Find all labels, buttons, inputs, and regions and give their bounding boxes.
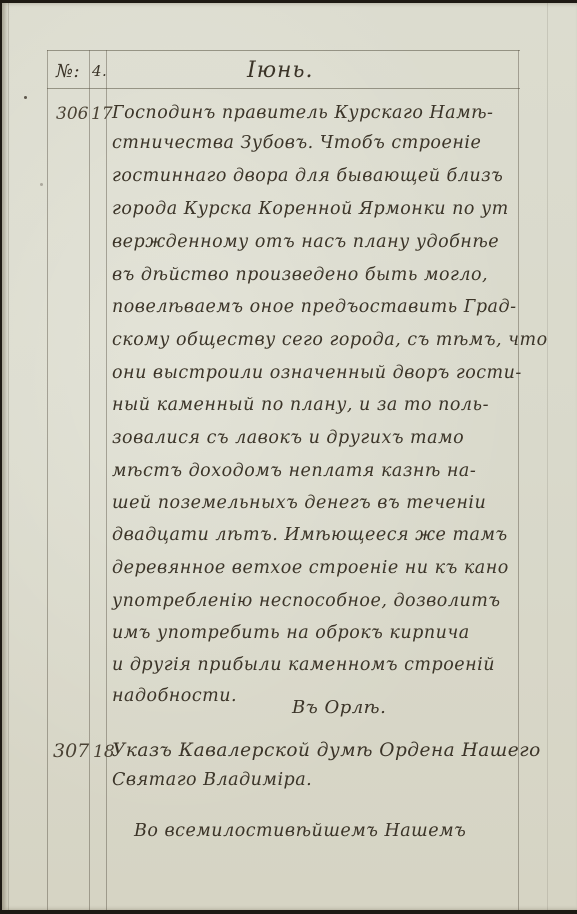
text-line: скому обществу сего города, съ тѣмъ, что (112, 330, 548, 350)
left-margin-line (8, 3, 9, 910)
table-top-border (47, 50, 520, 51)
table-right-border (518, 50, 519, 910)
text-line: зовалися съ лавокъ и другихъ тамо (112, 428, 464, 448)
column-divider-2 (106, 50, 107, 910)
column-divider-1 (89, 50, 90, 910)
text-line: стничества Зубовъ. Чтобъ строеніе (112, 133, 481, 153)
ink-speck (40, 183, 43, 186)
text-line: Господинъ правитель Курскаго Намѣ- (112, 103, 493, 123)
text-line: деревянное ветхое строеніе ни къ кано (112, 558, 509, 578)
text-line: надобности. (112, 686, 237, 706)
text-line: мѣстъ доходомъ неплатя казнѣ на- (112, 461, 476, 481)
number-label: №: (56, 61, 80, 82)
header-bottom-border (47, 88, 520, 89)
text-line: употребленію неспособное, дозволитъ (112, 591, 501, 611)
text-line: Указъ Кавалерской думѣ Ордена Нашего (112, 740, 541, 761)
month-title: Іюнь. (247, 58, 314, 83)
entry-number: 307 (53, 740, 89, 762)
text-line: повелѣваемъ оное предъоставить Град- (112, 297, 516, 317)
entry-day: 17 (91, 104, 113, 124)
text-line: гостиннаго двора для бывающей близъ (112, 166, 503, 186)
table-left-border (47, 50, 48, 910)
text-line: они выстроили означенный дворъ гости- (112, 363, 522, 383)
manuscript-page: №: 4. Іюнь. 306 17 Господинъ правитель К… (2, 3, 577, 910)
text-line: Святаго Владиміра. (112, 770, 312, 790)
text-line: города Курска Коренной Ярмонки по ут (112, 199, 509, 219)
place-signature: Въ Орлѣ. (292, 697, 386, 718)
text-line: въ дѣйство произведено быть могло, (112, 265, 488, 285)
entry-number: 306 (56, 104, 88, 124)
text-line: ный каменный по плану, и за то поль- (112, 395, 489, 415)
text-line: имъ употребить на оброкъ кирпича (112, 623, 470, 643)
text-line: и другія прибыли каменномъ строеній (112, 655, 495, 675)
text-line: двадцати лѣтъ. Имѣющееся же тамъ (112, 525, 508, 545)
right-margin-line (547, 3, 548, 910)
ink-speck (24, 96, 27, 99)
number-value: 4. (92, 62, 107, 80)
text-line: шей поземельныхъ денегъ въ теченіи (112, 493, 486, 513)
text-line: вержденному отъ насъ плану удобнѣе (112, 232, 499, 252)
footer-text-line: Во всемилостивѣйшемъ Нашемъ (134, 821, 466, 841)
